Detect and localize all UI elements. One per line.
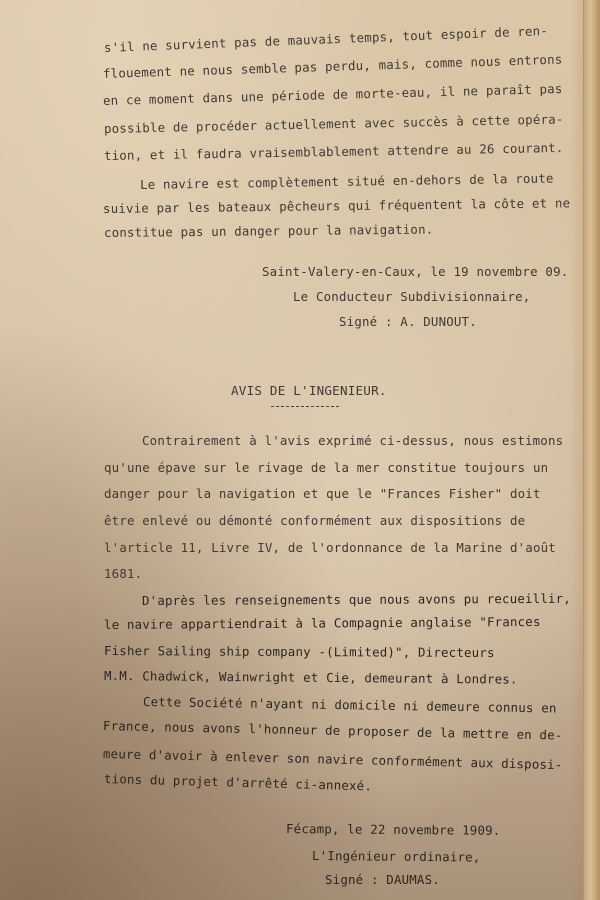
text-line: D'après les renseignements que nous avon… <box>142 591 571 608</box>
signature-place-date: Saint-Valery-en-Caux, le 19 novembre 09. <box>262 264 568 279</box>
text-line: le navire appartiendrait à la Compagnie … <box>104 614 541 632</box>
text-line: qu'une épave sur le rivage de la mer con… <box>104 460 548 475</box>
signature-role: L'Ingénieur ordinaire, <box>312 848 481 864</box>
signature-role: Le Conducteur Subdivisionnaire, <box>293 289 530 304</box>
heading-rule <box>271 406 339 407</box>
signature-signed: Signé : A. DUNOUT. <box>339 314 477 329</box>
page-edge <box>583 0 600 900</box>
text-line: danger pour la navigation et que le "Fra… <box>104 486 541 501</box>
signature-signed: Signé : DAUMAS. <box>325 872 440 887</box>
signature-place-date: Fécamp, le 22 novembre 1909. <box>286 821 501 838</box>
section-heading: AVIS DE L'INGENIEUR. <box>231 383 387 398</box>
text-line: 1681. <box>104 566 142 581</box>
text-line: être enlevé ou démonté conformément aux … <box>104 513 525 528</box>
text-line: Contrairement à l'avis exprimé ci-dessus… <box>142 433 563 448</box>
page-gutter <box>570 0 584 900</box>
text-line: Fisher Sailing ship company -(Limited)",… <box>104 643 495 660</box>
text-line: l'article 11, Livre IV, de l'ordonnance … <box>104 540 556 555</box>
